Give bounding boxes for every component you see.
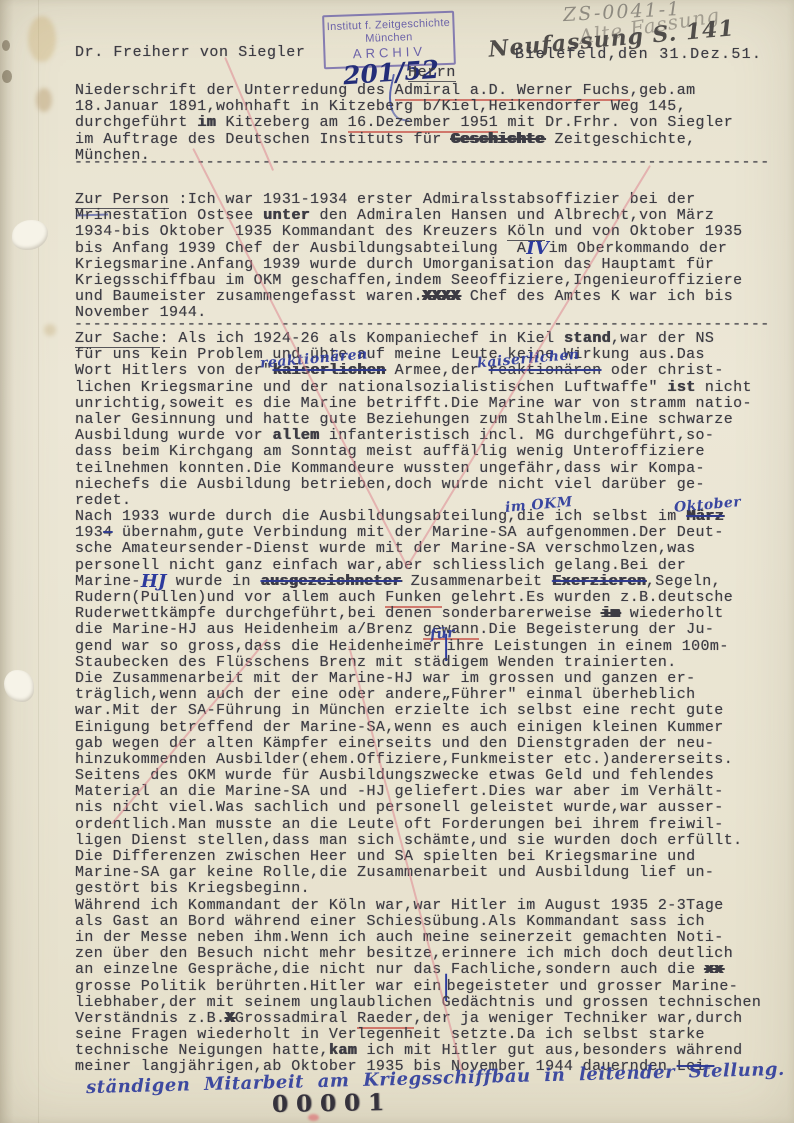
typed-line: Einigung betreffend der Marine-SA,wenn e…: [75, 720, 761, 736]
typed-line: Wort Hitlers von der"reaktionärenkaiserl…: [75, 363, 761, 379]
typed-segment: ist: [667, 379, 695, 396]
typed-segment: kam: [329, 1042, 357, 1059]
typed-line: hinzukommenden Ausbilder(ehem.Offiziere,…: [75, 752, 761, 768]
red-ink-smudge: [308, 1114, 319, 1121]
typed-line: technische Neigungen hatte,kam ich mit H…: [75, 1043, 761, 1059]
typed-line: träglich,wenn auch der eine oder andere„…: [75, 687, 761, 703]
typed-line: Marine-SA gar keine Rolle,die Zusammenar…: [75, 865, 761, 881]
paper-tear: [12, 220, 48, 250]
typed-line: Zur Person :Ich war 1931-1934 erster Adm…: [75, 192, 743, 208]
typed-line: für uns kein Problem und übte auf meine …: [75, 347, 761, 363]
typed-line: niechefs die Ausbildung betrieben,doch w…: [75, 477, 761, 493]
typed-line: nis nicht viel.Was sachlich und personel…: [75, 800, 761, 816]
typed-line: Verständnis z.B.XGrossadmiral Raeder,der…: [75, 1011, 761, 1027]
paper-edge-shade: [0, 0, 14, 1123]
zur-sache-paragraph: Zur Sache: Als ich 1924-26 als Kompaniec…: [75, 331, 761, 1076]
typed-line: dass beim Kirchgang am Sonntag meist auf…: [75, 444, 761, 460]
typed-line: Nach 1933 wurde durch die Ausbildungsabt…: [75, 509, 761, 525]
typed-segment: stand: [564, 330, 611, 347]
typed-line: Die Zusammenarbeit mit der Marine-HJ war…: [75, 671, 761, 687]
typed-segment: Exerzieren: [552, 573, 646, 590]
typed-line: Ausbildung wurde vor allem infanteristis…: [75, 428, 761, 444]
typed-line: personell nicht ganz einfach war,aber sc…: [75, 558, 761, 574]
typed-segment: xx: [705, 961, 724, 978]
typed-line: die Marine-HJ aus Heidenheim a/Brenz gew…: [75, 622, 761, 638]
typed-segment: XXXX: [423, 288, 461, 305]
paper-stain: [36, 88, 52, 112]
page-number-stamp: 00001: [272, 1089, 392, 1118]
typed-segment: unter: [263, 207, 310, 224]
typed-line: Zur Sache: Als ich 1924-26 als Kompaniec…: [75, 331, 761, 347]
paper-stain: [44, 324, 56, 336]
typed-line: in der Messe neben ihm.Wenn ich auch mei…: [75, 930, 761, 946]
typed-line: Rudern(Pullen)und vor allem auch Funken …: [75, 590, 761, 606]
typed-segment: im: [601, 605, 620, 622]
typed-line: redet.: [75, 493, 761, 509]
typed-line: zen über den Besuch nicht mehr besitze,e…: [75, 946, 761, 962]
typed-segment: 4: [103, 524, 112, 541]
punch-hole: [2, 70, 12, 83]
typed-line: gestört bis Kriegsbeginn.: [75, 881, 761, 897]
paper-stain: [28, 16, 56, 62]
typed-segment: allem: [272, 427, 319, 444]
typed-line: Kriegsmarine.Anfang 1939 wurde durch Umo…: [75, 257, 743, 273]
typed-line: im Auftrage des Deutschen Instituts für …: [75, 132, 733, 148]
typed-line: Die Differenzen zwischen Heer und SA spi…: [75, 849, 761, 865]
typed-line: als Gast an Bord während einer Schiessüb…: [75, 914, 761, 930]
typed-line: 18.Januar 1891,wohnhaft in Kitzeberg b/K…: [75, 99, 733, 115]
typed-line: an einzelne Gespräche,die nicht nur das …: [75, 962, 761, 978]
dateline: Bielefeld,den 31.Dez.51.: [515, 46, 762, 63]
separator-line: ----------------------------------------…: [74, 155, 770, 171]
typed-line: liebhaber,der mit seinem unglaublichen G…: [75, 995, 761, 1011]
zur-person-paragraph: Zur Person :Ich war 1931-1934 erster Adm…: [75, 192, 743, 322]
typed-line: gend war so gross,dass die Heidenheimerf…: [75, 639, 761, 655]
typed-segment: X: [225, 1010, 234, 1027]
intro-paragraph: Niederschrift der Unterredung des Admira…: [75, 83, 733, 164]
typed-line: Marine-HJ wurde in ausgezeichneter Zusam…: [75, 574, 761, 590]
typed-line: ordentlich.Man musste an die Leute oft F…: [75, 817, 761, 833]
author-name: Dr. Freiherr von Siegler: [75, 44, 305, 61]
typed-line: teilnehmen konnten.Die Kommandeure wusst…: [75, 461, 761, 477]
typed-segment: im: [197, 114, 216, 131]
typed-segment: Geschichte: [451, 131, 545, 148]
typed-line: Seitens des OKM wurde für Ausbildungszwe…: [75, 768, 761, 784]
document-page: Dr. Freiherr von Siegler Institut f. Zei…: [0, 0, 794, 1123]
typed-line: Kriegsschiffbau im OKM geschaffen,indem …: [75, 273, 743, 289]
typed-line: Staubecken des Flüsschens Brenz mit städ…: [75, 655, 761, 671]
typed-line: war.Mit der SA-Führung in München erziel…: [75, 703, 761, 719]
typed-line: naler Gesinnung und hatte gute Beziehung…: [75, 412, 761, 428]
paper-crease: [38, 0, 39, 1123]
typed-line: lichen Kriegsmarine und der nationalsozi…: [75, 380, 761, 396]
typed-line: und Baumeister zusammengefasst waren.XXX…: [75, 289, 743, 305]
typed-line: Material an die Marine-SA und -HJ gelief…: [75, 784, 761, 800]
punch-hole: [2, 40, 10, 51]
typed-line: Niederschrift der Unterredung des Admira…: [75, 83, 733, 99]
typed-line: Mrinestation Ostsee unter den Admiralen …: [75, 208, 743, 224]
typed-line: bis Anfang 1939 Chef der Ausbildungsabte…: [75, 241, 743, 257]
typed-line: unrichtig,soweit es die Marine betrifft.…: [75, 396, 761, 412]
typed-line: durchgeführt im Kitzeberg am 16.Dezember…: [75, 115, 733, 131]
typed-line: grosse Politik berührten.Hitler war ein|…: [75, 979, 761, 995]
typed-segment: ausgezeichneter: [260, 573, 401, 590]
typed-line: seine Fragen wiederholt in Verlegenheit …: [75, 1027, 761, 1043]
typed-line: Ruderwettkämpfe durchgeführt,bei denen s…: [75, 606, 761, 622]
typed-line: 1934 übernahm,gute Verbindung mit der Ma…: [75, 525, 761, 541]
typed-line: ligen Dienst stellen,dass man sich schäm…: [75, 833, 761, 849]
typed-line: 1934-bis Oktober 1935 Kommandant des Kre…: [75, 224, 743, 240]
